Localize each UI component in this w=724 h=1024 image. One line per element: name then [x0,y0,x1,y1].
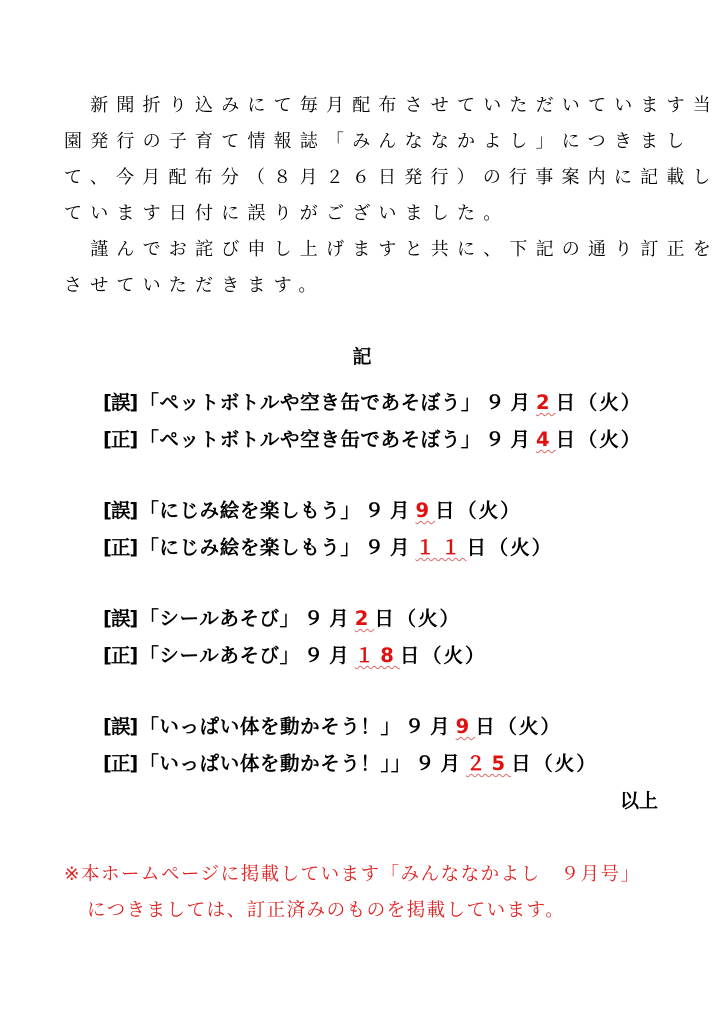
day-suffix: 日 [556,428,576,451]
wrong-tag: [誤] [103,391,137,414]
note-line-2: につきましては、訂正済みのものを掲載しています。 [64,893,641,929]
day-suffix: 日 [400,644,420,667]
right-tag: [正] [103,428,137,451]
wrong-tag: [誤] [103,715,137,738]
note-line-1: ※本ホームページに掲載しています「みんななかよし ９月号」 [64,857,641,893]
event-name: 「シールあそび」 [139,644,299,667]
intro-line: て、今月配布分（８月２６日発行）の行事案内に記載し [64,160,664,196]
section-heading: 記 [0,343,724,371]
day-highlight: 2 [536,391,556,414]
day-highlight: １１ [415,536,466,559]
right-tag: [正] [103,644,137,667]
weekday: （火） [489,536,554,559]
event-name: 「シールあそび」 [139,607,299,630]
day-suffix: 日 [435,499,455,522]
day-highlight: 4 [536,428,556,451]
month: ９月 [485,391,536,414]
day-suffix: 日 [556,391,576,414]
intro-line: 新聞折り込みにて毎月配布させていただいています当 [64,88,664,124]
event-name: 「いっぱい体を動かそう！」」 [139,752,411,775]
weekday: （火） [457,499,522,522]
closing-mark: 以上 [620,787,658,815]
weekday: （火） [422,644,487,667]
month: ９月 [415,752,466,775]
intro-line: 謹んでお詫び申し上げますと共に、下記の通り訂正を [64,232,664,268]
day-highlight: 9 [415,499,435,522]
website-note: ※本ホームページに掲載しています「みんななかよし ９月号」 につきましては、訂正… [64,857,641,929]
correction-wrong-3: [誤]「シールあそび」９月2日（火） [103,605,461,633]
day-highlight: 2 [355,607,375,630]
correction-right-4: [正]「いっぱい体を動かそう！」」９月２5日（火） [103,750,598,778]
weekday: （火） [533,752,598,775]
month: ９月 [405,715,456,738]
day-suffix: 日 [475,715,495,738]
correction-wrong-2: [誤]「にじみ絵を楽しもう」９月9日（火） [103,497,522,525]
month: ９月 [364,499,415,522]
month: ９月 [485,428,536,451]
document-page: 新聞折り込みにて毎月配布させていただいています当 園発行の子育て情報誌「みんなな… [0,0,724,1024]
day-suffix: 日 [511,752,531,775]
day-suffix: 日 [374,607,394,630]
weekday: （火） [578,391,643,414]
weekday: （火） [396,607,461,630]
intro-line: させていただきます。 [64,268,664,304]
correction-right-3: [正]「シールあそび」９月１8日（火） [103,642,486,670]
intro-line: 園発行の子育て情報誌「みんななかよし」につきまし [64,124,664,160]
event-name: 「いっぱい体を動かそう！」 [139,715,400,738]
correction-wrong-4: [誤]「いっぱい体を動かそう！」９月9日（火） [103,713,562,741]
day-highlight: ２5 [466,752,511,775]
event-name: 「ペットボトルや空き缶であそぼう」 [139,391,481,414]
weekday: （火） [578,428,643,451]
day-highlight: １8 [355,644,400,667]
correction-right-2: [正]「にじみ絵を楽しもう」９月１１日（火） [103,534,553,562]
month: ９月 [364,536,415,559]
weekday: （火） [497,715,562,738]
event-name: 「ペットボトルや空き缶であそぼう」 [139,428,481,451]
correction-right-1: [正]「ペットボトルや空き缶であそぼう」９月4日（火） [103,426,642,454]
intro-paragraph: 新聞折り込みにて毎月配布させていただいています当 園発行の子育て情報誌「みんなな… [64,88,664,304]
month: ９月 [304,644,355,667]
intro-line: ています日付に誤りがございました。 [64,196,664,232]
event-name: 「にじみ絵を楽しもう」 [139,499,360,522]
wrong-tag: [誤] [103,499,137,522]
correction-wrong-1: [誤]「ペットボトルや空き缶であそぼう」９月2日（火） [103,389,642,417]
wrong-tag: [誤] [103,607,137,630]
day-suffix: 日 [466,536,486,559]
day-highlight: 9 [456,715,476,738]
right-tag: [正] [103,752,137,775]
month: ９月 [304,607,355,630]
right-tag: [正] [103,536,137,559]
event-name: 「にじみ絵を楽しもう」 [139,536,360,559]
